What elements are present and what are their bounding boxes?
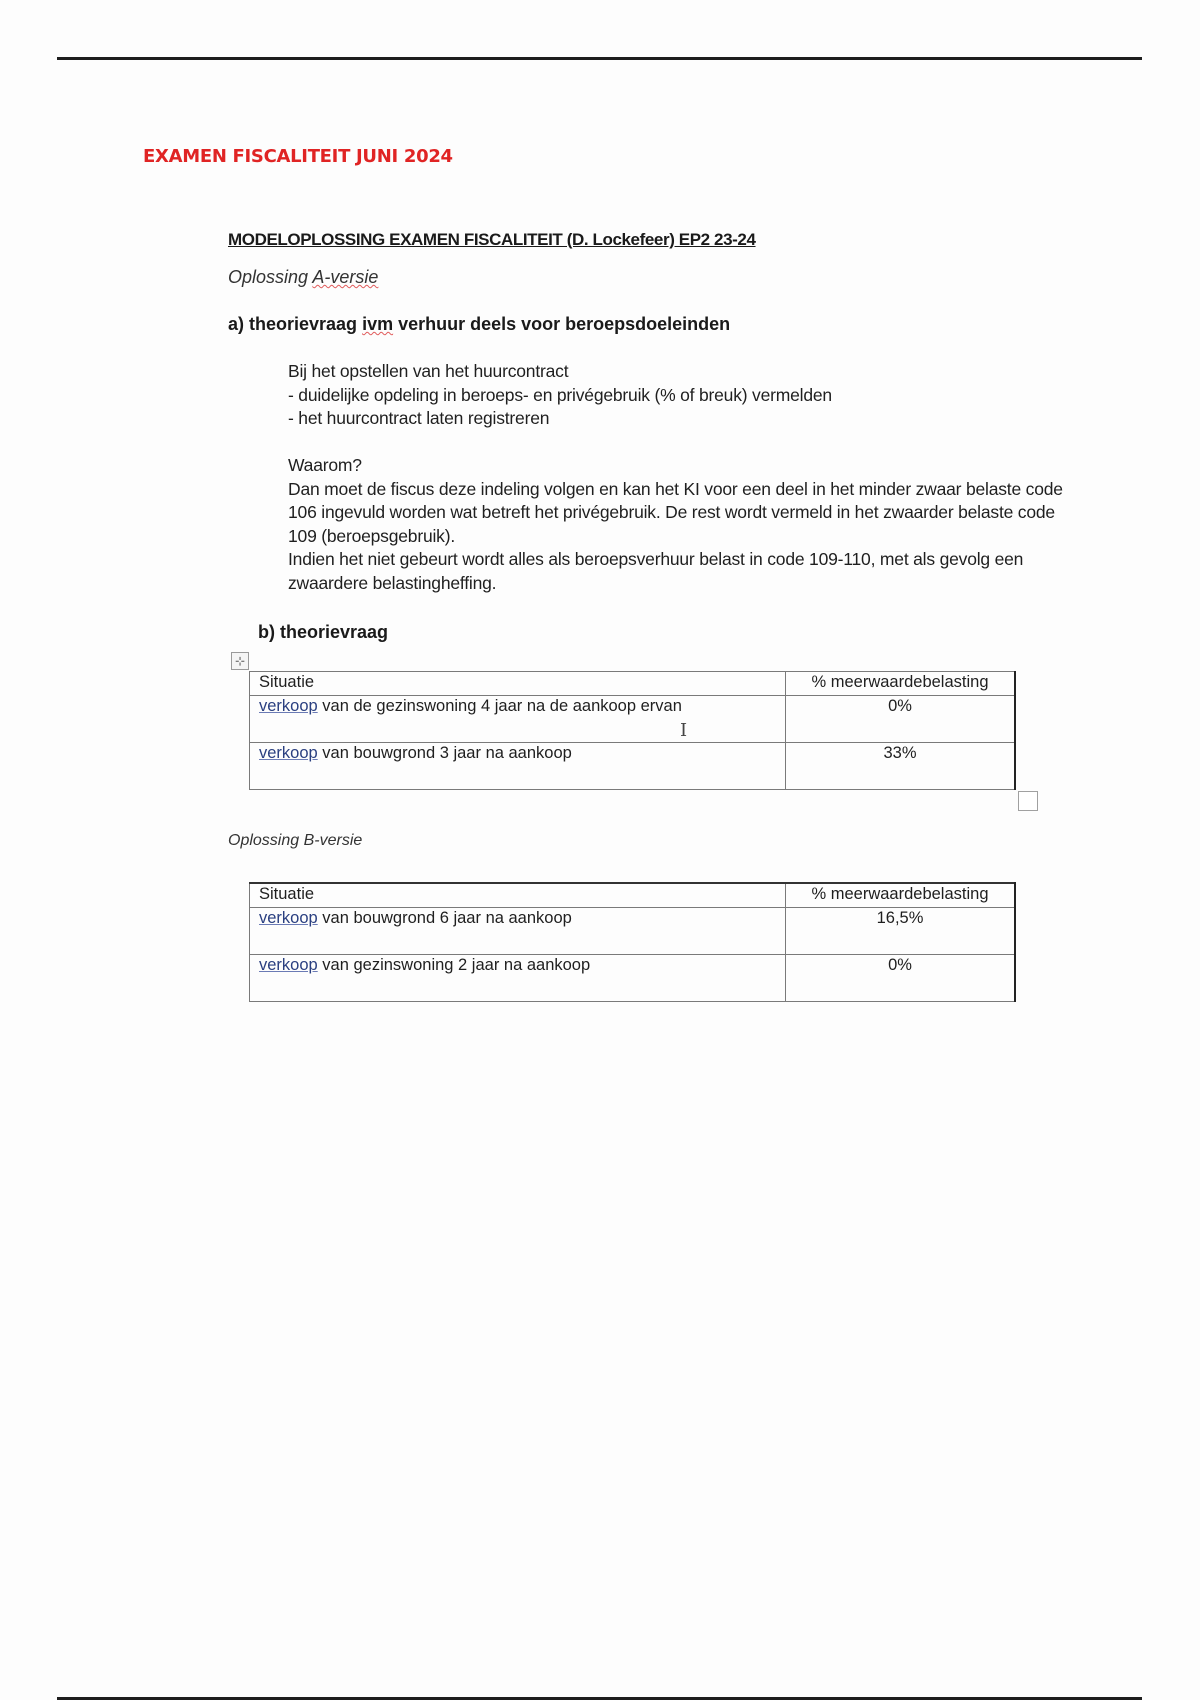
question-a-flagged-word: ivm [362, 314, 393, 334]
percentage-cell[interactable]: 33% [786, 743, 1016, 790]
top-rule [57, 57, 1142, 60]
verkoop-word: verkoop [259, 697, 318, 715]
answer-a-line: - duidelijke opdeling in beroeps- en pri… [288, 384, 1068, 408]
verkoop-word: verkoop [259, 744, 318, 762]
reason-text-1: Dan moet de fiscus deze indeling volgen … [288, 478, 1068, 549]
reason-text-2: Indien het niet gebeurt wordt alles als … [288, 548, 1068, 595]
verkoop-word: verkoop [259, 956, 318, 974]
percentage-cell[interactable]: 0% [786, 696, 1016, 743]
table-header-row: Situatie % meerwaardebelasting [250, 883, 1016, 908]
table-resize-handle[interactable] [1018, 791, 1038, 811]
situation-text: van bouwgrond 3 jaar na aankoop [318, 744, 572, 762]
table-move-handle-icon[interactable]: ⊹ [231, 652, 249, 670]
table-header-row: Situatie % meerwaardebelasting [250, 672, 1016, 696]
situation-cell[interactable]: verkoop van bouwgrond 3 jaar na aankoop [250, 743, 786, 790]
version-b-word: B-versie [304, 832, 363, 849]
table-row: verkoop van bouwgrond 3 jaar na aankoop … [250, 743, 1016, 790]
table-row: verkoop van de gezinswoning 4 jaar na de… [250, 696, 1016, 743]
question-a-heading: a) theorievraag ivm verhuur deels voor b… [228, 314, 730, 335]
situation-text: van bouwgrond 6 jaar na aankoop [318, 909, 572, 927]
document-title: MODELOPLOSSING EXAMEN FISCALITEIT (D. Lo… [228, 230, 756, 250]
situation-cell[interactable]: verkoop van gezinswoning 2 jaar na aanko… [250, 955, 786, 1002]
question-a-suffix: verhuur deels voor beroepsdoeleinden [393, 314, 730, 334]
percentage-cell[interactable]: 0% [786, 955, 1016, 1002]
situation-text: van de gezinswoning 4 jaar na de aankoop… [318, 697, 682, 715]
table-row: verkoop van bouwgrond 6 jaar na aankoop … [250, 908, 1016, 955]
column-header-situatie: Situatie [250, 672, 786, 696]
situation-cell[interactable]: verkoop van de gezinswoning 4 jaar na de… [250, 696, 786, 743]
version-a-label: Oplossing A-versie [228, 267, 378, 288]
answer-a-line: - het huurcontract laten registreren [288, 407, 1068, 431]
text-cursor-icon: I [680, 720, 687, 741]
version-a-word: A-versie [312, 267, 378, 287]
situation-cell[interactable]: verkoop van bouwgrond 6 jaar na aankoop [250, 908, 786, 955]
verkoop-word: verkoop [259, 909, 318, 927]
exam-title: EXAMEN FISCALITEIT JUNI 2024 [143, 146, 453, 167]
answer-a-steps: Bij het opstellen van het huurcontract -… [288, 360, 1068, 431]
table-version-a: Situatie % meerwaardebelasting verkoop v… [249, 671, 1016, 790]
column-header-situatie: Situatie [250, 883, 786, 908]
version-a-prefix: Oplossing [228, 267, 312, 287]
column-header-percentage: % meerwaardebelasting [786, 883, 1016, 908]
table-version-b: Situatie % meerwaardebelasting verkoop v… [249, 882, 1016, 1002]
column-header-percentage: % meerwaardebelasting [786, 672, 1016, 696]
version-b-label: Oplossing B-versie [228, 832, 362, 850]
percentage-cell[interactable]: 16,5% [786, 908, 1016, 955]
answer-a-line: Bij het opstellen van het huurcontract [288, 360, 1068, 384]
table-row: verkoop van gezinswoning 2 jaar na aanko… [250, 955, 1016, 1002]
situation-text: van gezinswoning 2 jaar na aankoop [318, 956, 590, 974]
answer-a-reason: Waarom? Dan moet de fiscus deze indeling… [288, 454, 1068, 595]
version-b-prefix: Oplossing [228, 832, 304, 849]
question-b-heading: b) theorievraag [258, 622, 388, 643]
question-a-prefix: a) theorievraag [228, 314, 362, 334]
reason-heading: Waarom? [288, 454, 1068, 478]
